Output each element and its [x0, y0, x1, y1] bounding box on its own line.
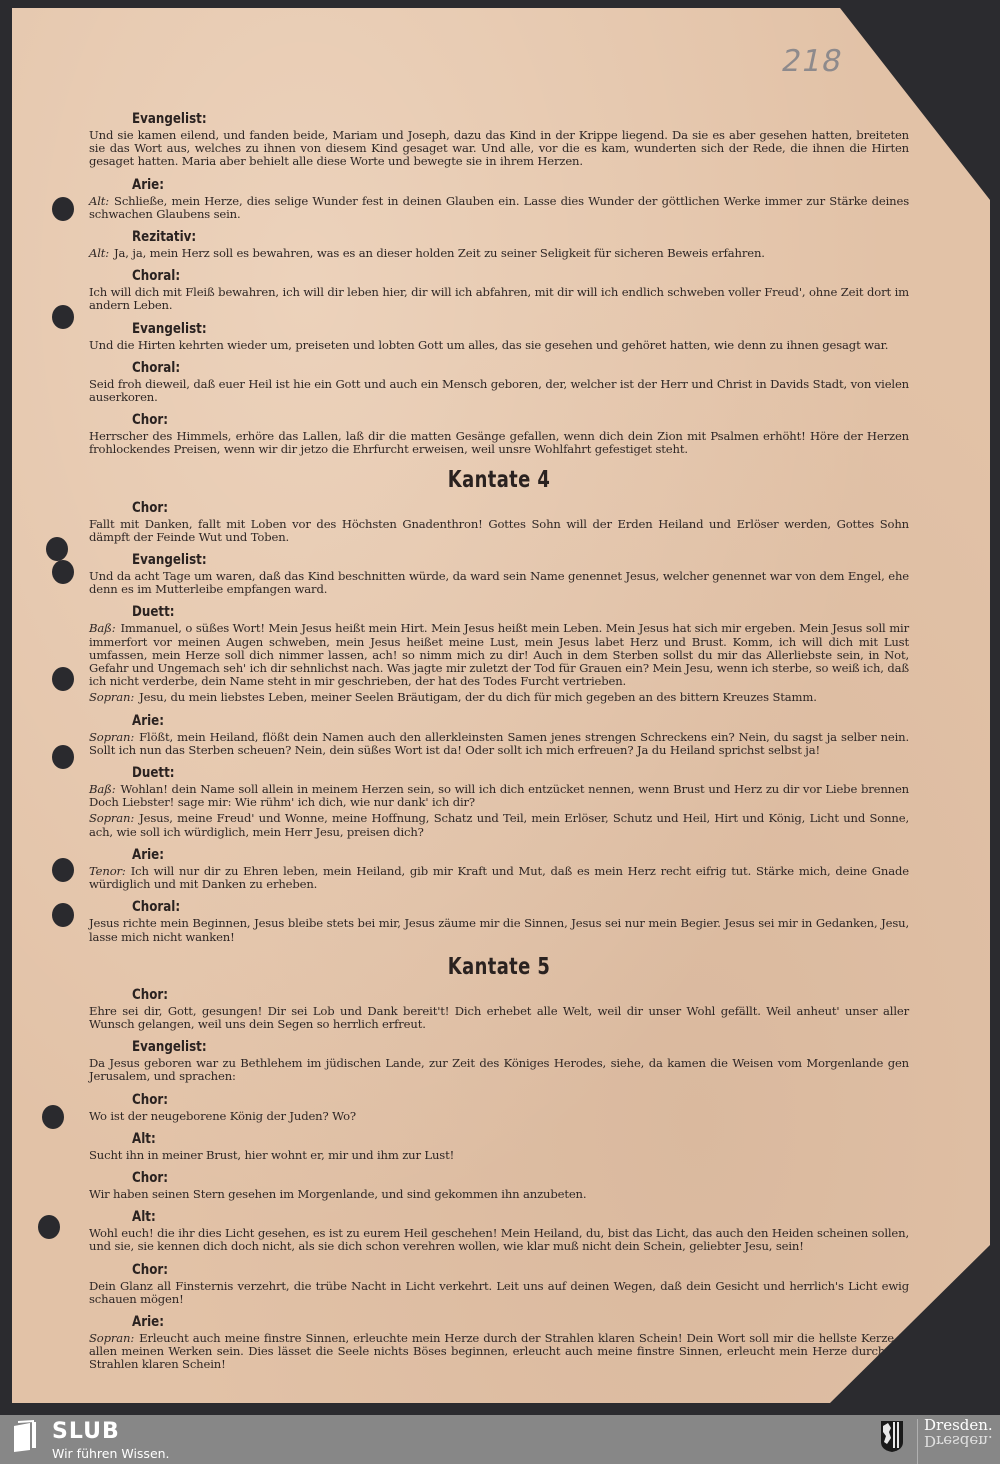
section-body: Jesus richte mein Beginnen, Jesus bleibe…: [89, 917, 909, 943]
verse-text: Jesu, du mein liebstes Leben, meiner See…: [139, 690, 817, 704]
verse-line: Seid froh dieweil, daß euer Heil ist hie…: [89, 378, 909, 404]
voice-label: Sopran:: [89, 690, 134, 704]
verse-line: Baß:Wohlan! dein Name soll allein in mei…: [89, 783, 909, 809]
section-body: Tenor:Ich will nur dir zu Ehren leben, m…: [89, 865, 909, 891]
cantata-title: Kantate 4: [179, 467, 819, 493]
section-heading: Evangelist:: [132, 1037, 207, 1057]
verse-line: Und sie kamen eilend, und fanden beide, …: [89, 129, 909, 169]
libretto-section: Evangelist:Und da acht Tage um waren, da…: [89, 549, 909, 596]
punch-hole: [52, 197, 74, 221]
section-heading: Choral:: [132, 358, 180, 378]
verse-line: Ehre sei dir, Gott, gesungen! Dir sei Lo…: [89, 1005, 909, 1031]
verse-line: Baß:Immanuel, o süßes Wort! Mein Jesus h…: [89, 622, 909, 688]
libretto-section: Arie:Sopran:Erleucht auch meine finstre …: [89, 1311, 909, 1372]
verse-line: Sopran:Jesus, meine Freud' und Wonne, me…: [89, 812, 909, 838]
section-body: Baß:Wohlan! dein Name soll allein in mei…: [89, 783, 909, 839]
verse-line: Tenor:Ich will nur dir zu Ehren leben, m…: [89, 865, 909, 891]
section-heading: Chor:: [132, 410, 168, 430]
section-heading: Alt:: [132, 1207, 156, 1227]
section-heading: Arie:: [132, 845, 164, 865]
section-heading: Arie:: [132, 175, 164, 195]
libretto-section: Choral:Ich will dich mit Fleiß bewahren,…: [89, 265, 909, 312]
section-heading: Evangelist:: [132, 319, 207, 339]
section-body: Fallt mit Danken, fallt mit Loben vor de…: [89, 518, 909, 544]
footer-bar: SLUB Wir führen Wissen. Dresden. Dresden…: [0, 1415, 1000, 1464]
section-heading: Evangelist:: [132, 550, 207, 570]
verse-line: Sucht ihn in meiner Brust, hier wohnt er…: [89, 1149, 909, 1162]
verse-text: Jesus richte mein Beginnen, Jesus bleibe…: [89, 916, 909, 943]
section-heading: Arie:: [132, 711, 164, 731]
libretto-section: Choral:Seid froh dieweil, daß euer Heil …: [89, 357, 909, 404]
verse-text: Dein Glanz all Finsternis verzehrt, die …: [89, 1279, 909, 1306]
libretto-section: Arie:Sopran:Flößt, mein Heiland, flößt d…: [89, 710, 909, 757]
voice-label: Sopran:: [89, 811, 134, 825]
section-body: Wo ist der neugeborene König der Juden? …: [89, 1110, 909, 1123]
libretto-section: Evangelist:Und sie kamen eilend, und fan…: [89, 108, 909, 169]
section-heading: Chor:: [132, 1090, 168, 1110]
voice-label: Sopran:: [89, 730, 134, 744]
section-body: Ich will dich mit Fleiß bewahren, ich wi…: [89, 286, 909, 312]
section-body: Baß:Immanuel, o süßes Wort! Mein Jesus h…: [89, 622, 909, 704]
verse-text: Ehre sei dir, Gott, gesungen! Dir sei Lo…: [89, 1004, 909, 1031]
verse-text: Fallt mit Danken, fallt mit Loben vor de…: [89, 517, 909, 544]
voice-label: Alt:: [89, 194, 109, 208]
verse-line: Und da acht Tage um waren, daß das Kind …: [89, 570, 909, 596]
verse-line: Und die Hirten kehrten wieder um, preise…: [89, 339, 909, 352]
section-heading: Chor:: [132, 1260, 168, 1280]
voice-label: Tenor:: [89, 864, 126, 878]
dresden-coat-of-arms-icon: [880, 1420, 904, 1453]
libretto-section: Evangelist:Da Jesus geboren war zu Bethl…: [89, 1036, 909, 1083]
verse-text: Schließe, mein Herze, dies selige Wunder…: [89, 194, 909, 221]
libretto-section: Chor:Fallt mit Danken, fallt mit Loben v…: [89, 497, 909, 544]
punch-hole: [46, 537, 68, 561]
verse-text: Wo ist der neugeborene König der Juden? …: [89, 1109, 356, 1123]
footer-divider: [917, 1419, 918, 1464]
section-body: Seid froh dieweil, daß euer Heil ist hie…: [89, 378, 909, 404]
section-body: Sopran:Erleucht auch meine finstre Sinne…: [89, 1332, 909, 1372]
voice-label: Sopran:: [89, 1331, 134, 1345]
punch-hole: [52, 667, 74, 691]
libretto-section: Duett:Baß:Wohlan! dein Name soll allein …: [89, 762, 909, 839]
section-body: Herrscher des Himmels, erhöre das Lallen…: [89, 430, 909, 456]
section-body: Alt:Schließe, mein Herze, dies selige Wu…: [89, 195, 909, 221]
verse-text: Ja, ja, mein Herz soll es bewahren, was …: [114, 246, 765, 260]
verse-text: Ich will dich mit Fleiß bewahren, ich wi…: [89, 285, 909, 312]
punch-hole: [38, 1215, 60, 1239]
libretto-section: Arie:Tenor:Ich will nur dir zu Ehren leb…: [89, 844, 909, 891]
libretto-section: Chor:Herrscher des Himmels, erhöre das L…: [89, 409, 909, 456]
section-body: Ehre sei dir, Gott, gesungen! Dir sei Lo…: [89, 1005, 909, 1031]
section-heading: Evangelist:: [132, 109, 207, 129]
verse-text: Und die Hirten kehrten wieder um, preise…: [89, 338, 888, 352]
section-heading: Choral:: [132, 266, 180, 286]
section-body: Und die Hirten kehrten wieder um, preise…: [89, 339, 909, 352]
libretto-section: Duett:Baß:Immanuel, o süßes Wort! Mein J…: [89, 601, 909, 704]
verse-line: Jesus richte mein Beginnen, Jesus bleibe…: [89, 917, 909, 943]
verse-line: Sopran:Jesu, du mein liebstes Leben, mei…: [89, 691, 909, 704]
libretto-section: Evangelist:Und die Hirten kehrten wieder…: [89, 318, 909, 352]
section-heading: Duett:: [132, 763, 175, 783]
verse-text: Herrscher des Himmels, erhöre das Lallen…: [89, 429, 909, 456]
libretto-section: Alt:Sucht ihn in meiner Brust, hier wohn…: [89, 1128, 909, 1162]
dresden-logo-reflection: Dresden.: [924, 1433, 993, 1448]
section-body: Alt:Ja, ja, mein Herz soll es bewahren, …: [89, 247, 909, 260]
section-heading: Alt:: [132, 1129, 156, 1149]
punch-hole: [52, 858, 74, 882]
voice-label: Baß:: [89, 621, 115, 635]
verse-line: Wir haben seinen Stern gesehen im Morgen…: [89, 1188, 909, 1201]
verse-text: Seid froh dieweil, daß euer Heil ist hie…: [89, 377, 909, 404]
verse-line: Dein Glanz all Finsternis verzehrt, die …: [89, 1280, 909, 1306]
verse-line: Wohl euch! die ihr dies Licht gesehen, e…: [89, 1227, 909, 1253]
verse-text: Ich will nur dir zu Ehren leben, mein He…: [89, 864, 909, 891]
voice-label: Baß:: [89, 782, 115, 796]
verse-text: Immanuel, o süßes Wort! Mein Jesus heißt…: [89, 621, 909, 688]
punch-hole: [52, 745, 74, 769]
verse-text: Wohlan! dein Name soll allein in meinem …: [89, 782, 909, 809]
verse-text: Jesus, meine Freud' und Wonne, meine Hof…: [89, 811, 909, 838]
section-body: Da Jesus geboren war zu Bethlehem im jüd…: [89, 1057, 909, 1083]
verse-text: Flößt, mein Heiland, flößt dein Namen au…: [89, 730, 909, 757]
section-body: Sopran:Flößt, mein Heiland, flößt dein N…: [89, 731, 909, 757]
scanned-page: 218 Evangelist:Und sie kamen eilend, und…: [12, 8, 990, 1403]
punch-hole: [52, 305, 74, 329]
section-body: Und da acht Tage um waren, daß das Kind …: [89, 570, 909, 596]
section-heading: Arie:: [132, 1312, 164, 1332]
libretto-section: Chor:Wo ist der neugeborene König der Ju…: [89, 1089, 909, 1123]
libretto-text: Evangelist:Und sie kamen eilend, und fan…: [89, 108, 909, 1377]
verse-line: Alt:Ja, ja, mein Herz soll es bewahren, …: [89, 247, 909, 260]
voice-label: Alt:: [89, 246, 109, 260]
section-body: Sucht ihn in meiner Brust, hier wohnt er…: [89, 1149, 909, 1162]
section-heading: Duett:: [132, 602, 175, 622]
libretto-section: Arie:Alt:Schließe, mein Herze, dies seli…: [89, 174, 909, 221]
slub-tagline: Wir führen Wissen.: [52, 1446, 170, 1461]
section-heading: Chor:: [132, 1168, 168, 1188]
punch-hole: [52, 903, 74, 927]
section-body: Wir haben seinen Stern gesehen im Morgen…: [89, 1188, 909, 1201]
verse-line: Ich will dich mit Fleiß bewahren, ich wi…: [89, 286, 909, 312]
verse-text: Und da acht Tage um waren, daß das Kind …: [89, 569, 909, 596]
section-heading: Chor:: [132, 498, 168, 518]
verse-line: Da Jesus geboren war zu Bethlehem im jüd…: [89, 1057, 909, 1083]
verse-text: Wohl euch! die ihr dies Licht gesehen, e…: [89, 1226, 909, 1253]
libretto-section: Choral:Jesus richte mein Beginnen, Jesus…: [89, 896, 909, 943]
verse-line: Sopran:Flößt, mein Heiland, flößt dein N…: [89, 731, 909, 757]
section-body: Dein Glanz all Finsternis verzehrt, die …: [89, 1280, 909, 1306]
verse-text: Wir haben seinen Stern gesehen im Morgen…: [89, 1187, 586, 1201]
libretto-section: Chor:Ehre sei dir, Gott, gesungen! Dir s…: [89, 984, 909, 1031]
libretto-section: Chor:Dein Glanz all Finsternis verzehrt,…: [89, 1259, 909, 1306]
verse-text: Sucht ihn in meiner Brust, hier wohnt er…: [89, 1148, 454, 1162]
slub-brand[interactable]: SLUB: [52, 1419, 120, 1444]
dresden-logo[interactable]: Dresden.: [924, 1418, 993, 1433]
handwritten-page-number: 218: [778, 44, 846, 79]
section-heading: Chor:: [132, 985, 168, 1005]
section-heading: Rezitativ:: [132, 227, 196, 247]
section-heading: Choral:: [132, 897, 180, 917]
verse-line: Herrscher des Himmels, erhöre das Lallen…: [89, 430, 909, 456]
verse-line: Sopran:Erleucht auch meine finstre Sinne…: [89, 1332, 909, 1372]
verse-line: Wo ist der neugeborene König der Juden? …: [89, 1110, 909, 1123]
punch-hole: [42, 1105, 64, 1129]
verse-text: Erleucht auch meine finstre Sinnen, erle…: [89, 1331, 909, 1371]
libretto-section: Rezitativ:Alt:Ja, ja, mein Herz soll es …: [89, 226, 909, 260]
verse-text: Da Jesus geboren war zu Bethlehem im jüd…: [89, 1056, 909, 1083]
verse-line: Alt:Schließe, mein Herze, dies selige Wu…: [89, 195, 909, 221]
section-body: Und sie kamen eilend, und fanden beide, …: [89, 129, 909, 169]
punch-hole: [52, 560, 74, 584]
libretto-section: Alt:Wohl euch! die ihr dies Licht gesehe…: [89, 1206, 909, 1253]
cantata-title: Kantate 5: [179, 954, 819, 980]
verse-line: Fallt mit Danken, fallt mit Loben vor de…: [89, 518, 909, 544]
slub-book-icon: [12, 1420, 40, 1452]
section-body: Wohl euch! die ihr dies Licht gesehen, e…: [89, 1227, 909, 1253]
libretto-section: Chor:Wir haben seinen Stern gesehen im M…: [89, 1167, 909, 1201]
verse-text: Und sie kamen eilend, und fanden beide, …: [89, 128, 909, 168]
document-viewer: 218 Evangelist:Und sie kamen eilend, und…: [0, 0, 1000, 1412]
